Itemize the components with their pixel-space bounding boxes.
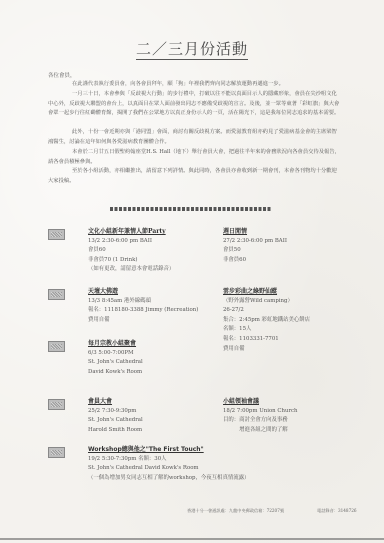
paragraph-agm: 本會於二月廿五日假聖約翰座堂H.S. Hall（地下）舉行會員大會，把過往半年來… — [48, 148, 340, 167]
event-line: 報名：1103331-7701 — [223, 335, 310, 345]
event-line: Harold Smith Room — [88, 426, 143, 436]
event-line: 13/3 8:45am 港外線碼頭 — [88, 297, 198, 307]
event-line: （如有更改，請留意本會電話錄音） — [88, 265, 174, 275]
event-line: David Kowk's Room — [88, 368, 143, 378]
page-title: 二／三月份活動 — [0, 38, 384, 59]
event-outing: 天壇大佛遊 13/3 8:45am 港外線碼頭 報名：1118180-3388 … — [88, 287, 198, 325]
event-leaders: 小組領袖會議 18/2 7:00pm Union Church 目的：商討全會方… — [223, 397, 298, 435]
event-line: 19/2 5:30-7:30pm 名額：30人 — [88, 455, 249, 465]
salutation: 各位會員， — [48, 71, 76, 79]
event-agm: 會員大會 25/2 7:30-9:30pm St. John's Cathedr… — [88, 397, 143, 435]
paragraph-march: 一月三十日，本會參與「反歧視大行動」的步行禮中，打破以往不能以真面目示人的隱藏形… — [48, 90, 340, 119]
footer-address: 香港十分一會通訊處：九龍中央郵政信箱：72207號 — [187, 508, 284, 514]
event-sunday-gathering: 週日閒情 27/2 2:30-6:00 pm BAII 會員50 非會員60 — [223, 227, 287, 265]
event-line: 6/3 5:00-7:00PM — [88, 349, 143, 359]
event-heading: 每月宗教小組聚會 — [88, 339, 143, 349]
event-line: St. John's Cathedral — [88, 358, 143, 368]
event-line: 26-27/2 — [223, 306, 310, 316]
paragraph-groups: 至於各小組活動，亦相繼推出，請留意下列詳情。與此同時，各會員亦會收到新一期會刊，… — [48, 167, 340, 186]
event-heading: Workshop總與他之"The First Touch" — [88, 445, 249, 455]
event-camping: 雲步彩曲之綠野仙蹤 （野外露營Wild camping） 26-27/2 集合：… — [223, 287, 310, 354]
event-religion: 每月宗教小組聚會 6/3 5:00-7:00PM St. John's Cath… — [88, 339, 143, 377]
event-line: St. John's Cathedral David Kowk's Room — [88, 464, 249, 474]
event-line: 費用自備 — [88, 316, 198, 326]
page-edge — [0, 538, 384, 540]
event-line: （野外露營Wild camping） — [223, 297, 310, 307]
event-line: St. John's Cathedral — [88, 416, 143, 426]
event-heading: 週日閒情 — [223, 227, 287, 237]
stamp-icon — [48, 447, 65, 458]
event-line: 非會員70 (1 Drink) — [88, 256, 174, 266]
event-heading: 會員大會 — [88, 397, 143, 407]
event-heading: 天壇大佛遊 — [88, 287, 198, 297]
section-divider — [110, 207, 272, 211]
event-line: 會員50 — [223, 246, 287, 256]
event-line: 27/2 2:30-6:00 pm BAII — [223, 237, 287, 247]
stamp-icon — [48, 289, 65, 300]
event-line: 非會員60 — [223, 256, 287, 266]
stamp-icon — [48, 399, 65, 410]
stamp-icon — [48, 341, 65, 352]
event-line: （一個為增加男女同志互相了解的workshop，今夜互相真情流露） — [88, 474, 249, 484]
event-line: 目的：商討全會方向及事務 — [223, 416, 298, 426]
paragraph-meetings: 此外，十份一會近期亦與「港同盟」會面，商討有關反歧視方案。而愛滋教育組亦約見了愛… — [48, 128, 340, 147]
event-line: 25/2 7:30-9:30pm — [88, 407, 143, 417]
event-workshop: Workshop總與他之"The First Touch" 19/2 5:30-… — [88, 445, 249, 483]
event-line: 13/2 2:30-6:00 pm BAII — [88, 237, 174, 247]
event-line: 集合：2:45pm 彩虹地鐵站美心餅店 — [223, 316, 310, 326]
event-line: 名額：15人 — [223, 325, 310, 335]
event-culture-party: 文化小組新年兼情人節Party 13/2 2:30-6:00 pm BAII 會… — [88, 227, 174, 275]
event-heading: 雲步彩曲之綠野仙蹤 — [223, 287, 310, 297]
event-line: 18/2 7:00pm Union Church — [223, 407, 298, 417]
footer-phone: 電話錄音：3148726 — [317, 508, 357, 514]
paragraph-greeting: 在此謹代表執行委員會，向各會員拜年，願「狗」年裡我們齊向同志解放運動再邁進一步。 — [48, 80, 340, 90]
event-line: 增進各組之間的了解 — [223, 426, 298, 436]
event-heading: 文化小組新年兼情人節Party — [88, 227, 174, 237]
stamp-icon — [48, 229, 65, 240]
event-line: 報名：1118180-3388 Jimmy (Recreation) — [88, 306, 198, 316]
event-line: 費用自備 — [223, 345, 310, 355]
event-heading: 小組領袖會議 — [223, 397, 298, 407]
event-line: 會員60 — [88, 246, 174, 256]
